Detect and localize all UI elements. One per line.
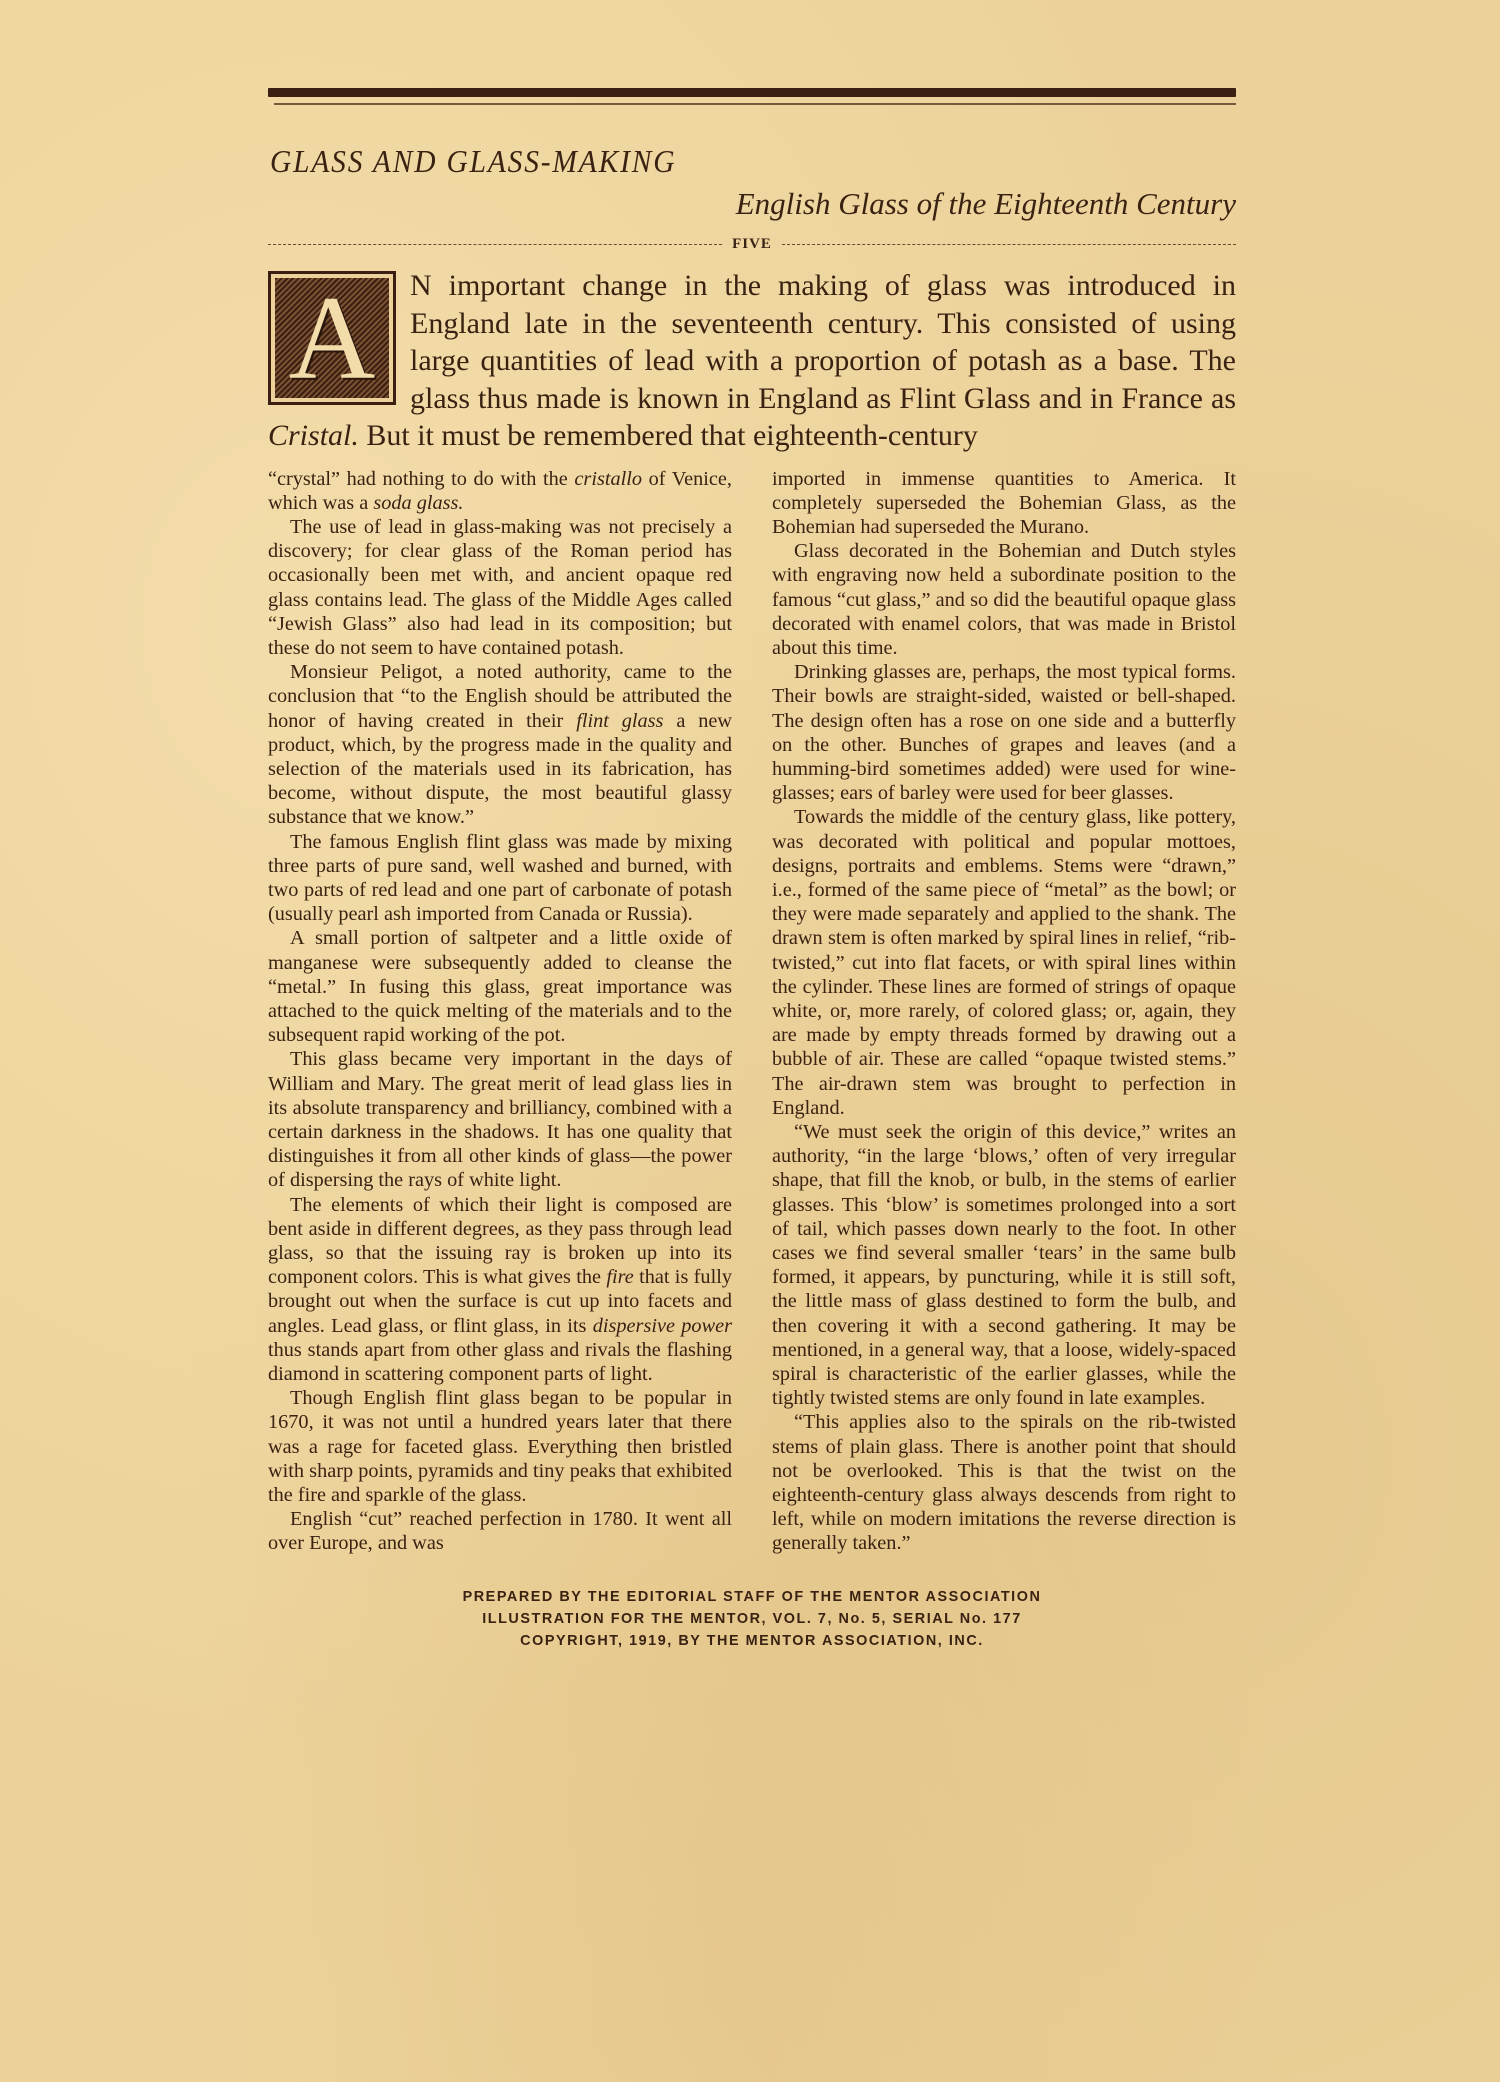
paragraph: Glass decorated in the Bohemian and Dutc… (772, 539, 1236, 660)
article-page: GLASS AND GLASS-MAKING English Glass of … (268, 88, 1236, 1652)
text: The use of lead in glass-making was not … (268, 516, 732, 659)
paragraph: English “cut” reached perfection in 1780… (268, 1507, 732, 1555)
text: thus stands apart from other glass and r… (268, 1339, 732, 1385)
text: This glass became very important in the … (268, 1048, 732, 1191)
page-title: GLASS AND GLASS-MAKING (270, 143, 1159, 180)
lead-text-italic: Cristal. (268, 419, 359, 452)
paragraph: Monsieur Peligot, a noted authority, cam… (268, 660, 732, 829)
paragraph: The elements of which their light is com… (268, 1193, 732, 1387)
paragraph: A small portion of saltpeter and a littl… (268, 926, 732, 1047)
lead-paragraph: A N important change in the making of gl… (268, 267, 1236, 455)
paragraph: The use of lead in glass-making was not … (268, 515, 732, 660)
text: Towards the middle of the century glass,… (772, 806, 1236, 1118)
footer-credits: PREPARED BY THE EDITORIAL STAFF OF THE M… (287, 1586, 1216, 1652)
drop-cap: A (268, 271, 396, 405)
italic-text: flint glass (576, 710, 663, 732)
text: “We must seek the origin of this device,… (772, 1121, 1236, 1409)
text: “This applies also to the spirals on the… (772, 1411, 1236, 1554)
text: Drinking glasses are, perhaps, the most … (772, 661, 1236, 804)
part-number: FIVE (722, 236, 782, 253)
paragraph: “crystal” had nothing to do with the cri… (268, 467, 732, 515)
left-column: “crystal” had nothing to do with the cri… (268, 467, 732, 1556)
footer-line-illustration: ILLUSTRATION FOR THE MENTOR, VOL. 7, No.… (287, 1608, 1216, 1630)
paragraph: This glass became very important in the … (268, 1047, 732, 1192)
italic-text: soda glass. (373, 492, 463, 514)
part-divider: FIVE (268, 236, 1236, 253)
text: Though English flint glass began to be p… (268, 1387, 732, 1506)
paragraph: “We must seek the origin of this device,… (772, 1120, 1236, 1410)
footer-line-prepared-by: PREPARED BY THE EDITORIAL STAFF OF THE M… (287, 1586, 1216, 1608)
text: imported in immense quantities to Americ… (772, 468, 1236, 538)
drop-cap-letter: A (275, 278, 389, 398)
text: English “cut” reached perfection in 1780… (268, 1508, 732, 1554)
paragraph: Though English flint glass began to be p… (268, 1386, 732, 1507)
top-rule-thick (268, 88, 1236, 97)
paragraph: imported in immense quantities to Americ… (772, 467, 1236, 540)
right-column: imported in immense quantities to Americ… (772, 467, 1236, 1556)
lead-text-part1: N important change in the making of glas… (410, 269, 1236, 415)
footer-line-copyright: COPYRIGHT, 1919, BY THE MENTOR ASSOCIATI… (287, 1630, 1216, 1652)
lead-text-part2: But it must be remembered that eighteent… (359, 419, 978, 452)
italic-text: cristallo (574, 468, 642, 490)
paragraph: Towards the middle of the century glass,… (772, 805, 1236, 1120)
divider-line-left (268, 244, 722, 245)
paragraph: “This applies also to the spirals on the… (772, 1410, 1236, 1555)
body-columns: “crystal” had nothing to do with the cri… (268, 467, 1236, 1556)
paragraph: The famous English flint glass was made … (268, 830, 732, 927)
text: Glass decorated in the Bohemian and Dutc… (772, 540, 1236, 659)
text: A small portion of saltpeter and a littl… (268, 927, 732, 1046)
text: “crystal” had nothing to do with the (268, 468, 574, 490)
paragraph: Drinking glasses are, perhaps, the most … (772, 660, 1236, 805)
page-subtitle: English Glass of the Eighteenth Century (268, 186, 1236, 222)
top-rule-thin (274, 103, 1236, 105)
text: The famous English flint glass was made … (268, 831, 732, 926)
divider-line-right (782, 244, 1236, 245)
italic-text: dispersive power (593, 1315, 732, 1337)
italic-text: fire (606, 1266, 633, 1288)
